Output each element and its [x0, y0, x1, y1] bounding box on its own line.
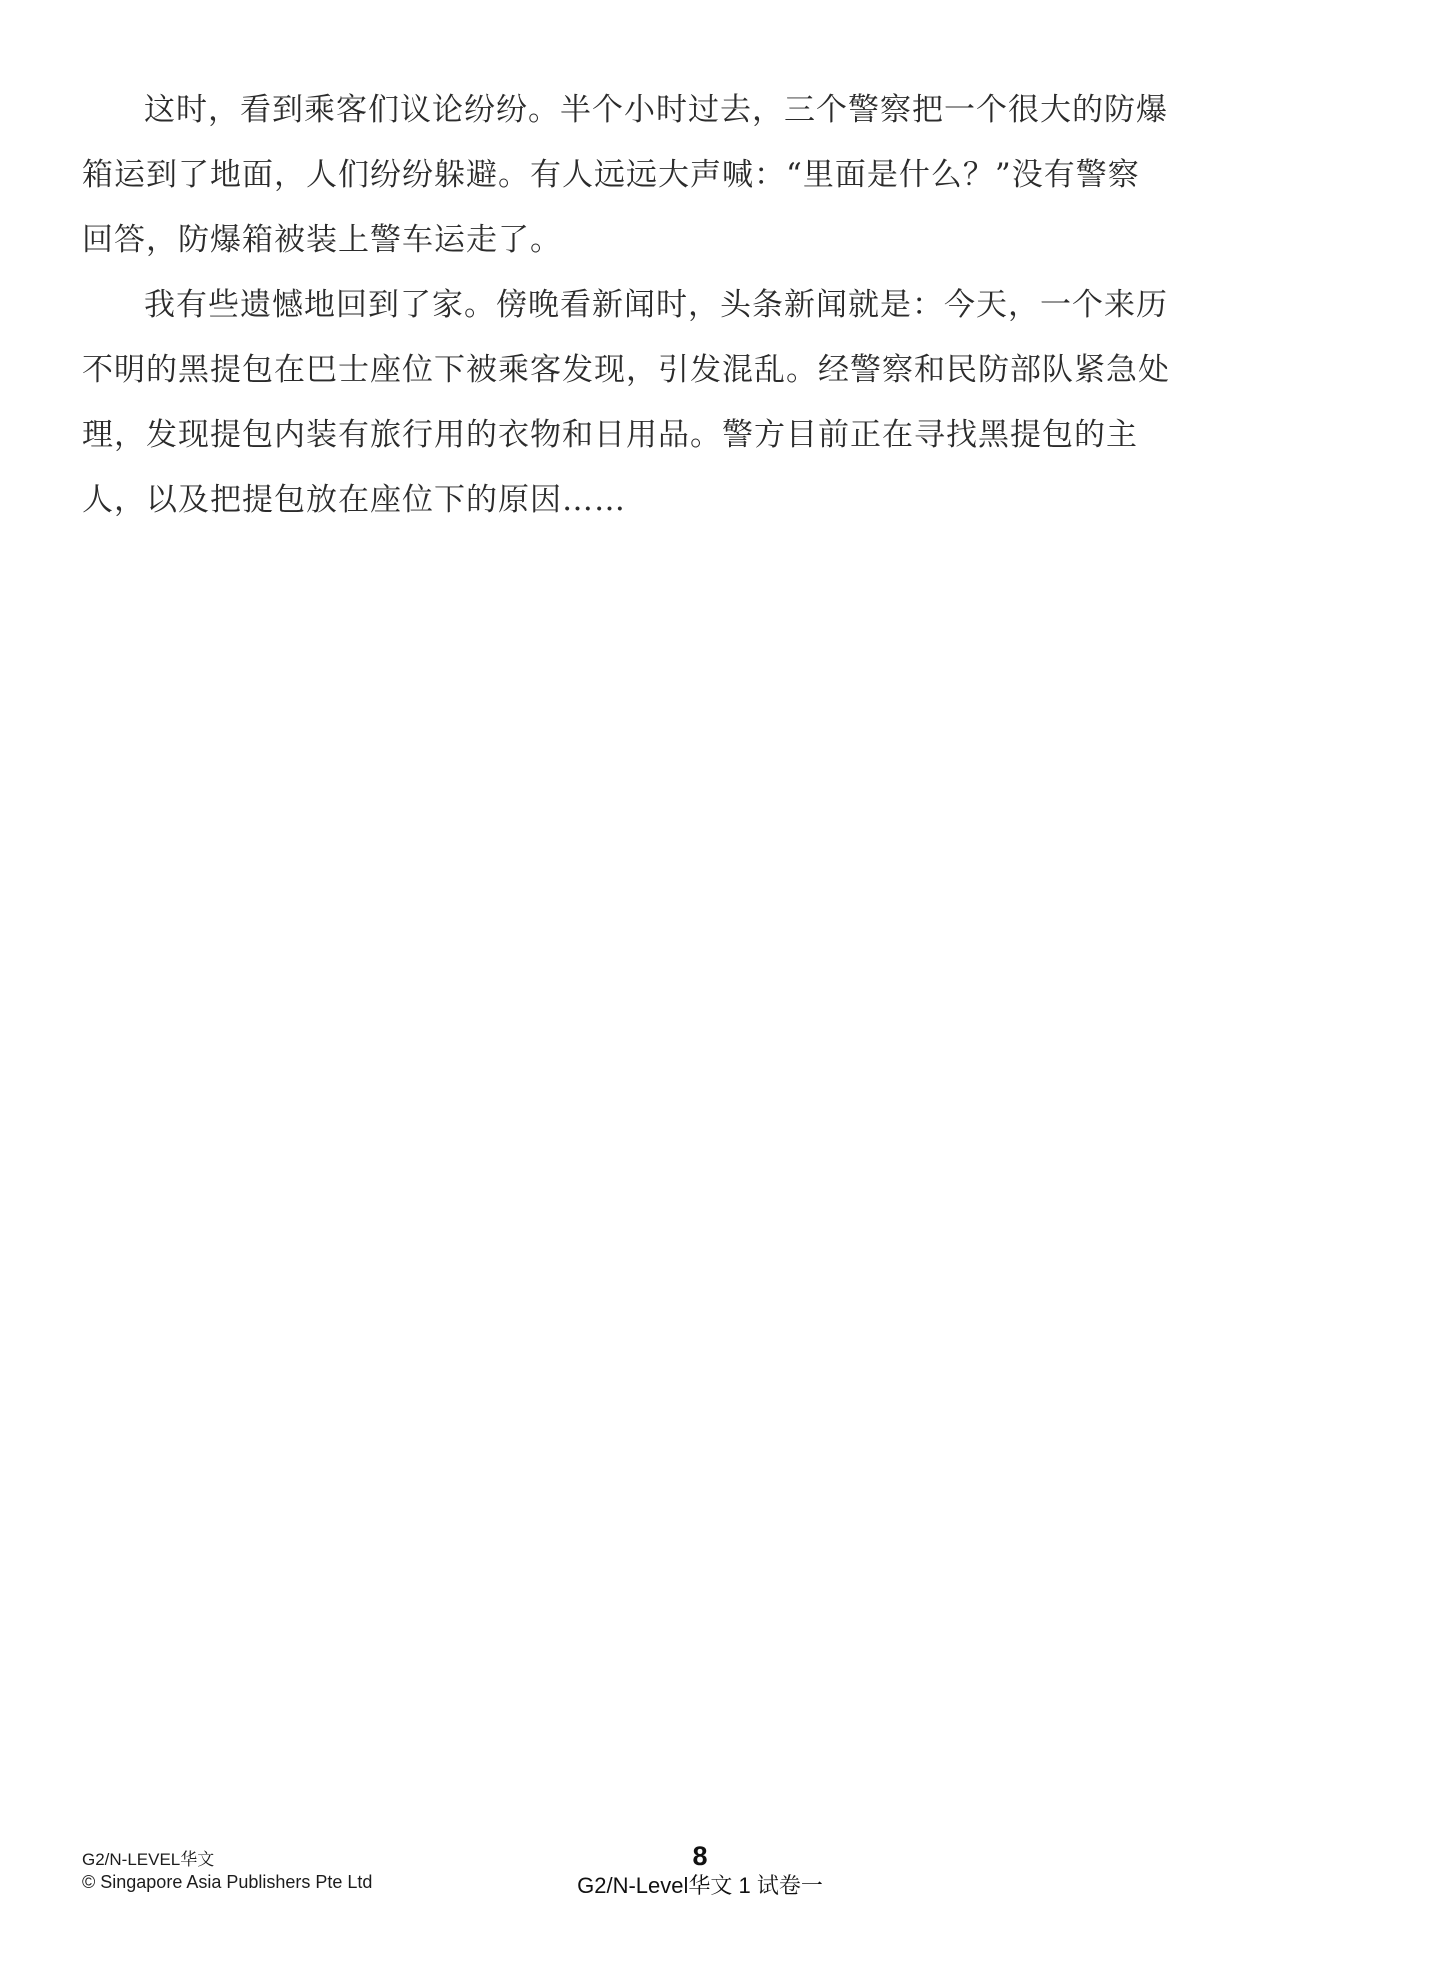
paragraph-2-line-3: 理，发现提包内装有旅行用的衣物和日用品。警方目前正在寻找黑提包的主 — [82, 403, 1132, 468]
paragraph-1-line-2: 箱运到了地面，人们纷纷躲避。有人远远大声喊：“里面是什么？”没有警察 — [82, 143, 1132, 208]
paragraph-1-line-3: 回答，防爆箱被装上警车运走了。 — [82, 208, 1132, 273]
paragraph-2-line-2: 不明的黑提包在巴士座位下被乘客发现，引发混乱。经警察和民防部队紧急处 — [82, 338, 1132, 403]
page-number: 8 — [0, 1841, 1400, 1871]
footer-paper-title: G2/N-Level华文 1 试卷一 — [0, 1871, 1400, 1901]
paragraph-2-line-4: 人，以及把提包放在座位下的原因…… — [82, 468, 1132, 533]
footer-page-info: 8 G2/N-Level华文 1 试卷一 — [0, 1841, 1400, 1901]
paragraph-1-line-1: 这时，看到乘客们议论纷纷。半个小时过去，三个警察把一个很大的防爆 — [82, 78, 1132, 143]
document-page: 这时，看到乘客们议论纷纷。半个小时过去，三个警察把一个很大的防爆 箱运到了地面，… — [0, 0, 1445, 1969]
body-text: 这时，看到乘客们议论纷纷。半个小时过去，三个警察把一个很大的防爆 箱运到了地面，… — [82, 78, 1132, 533]
paragraph-2-line-1: 我有些遗憾地回到了家。傍晚看新闻时，头条新闻就是：今天，一个来历 — [82, 273, 1132, 338]
